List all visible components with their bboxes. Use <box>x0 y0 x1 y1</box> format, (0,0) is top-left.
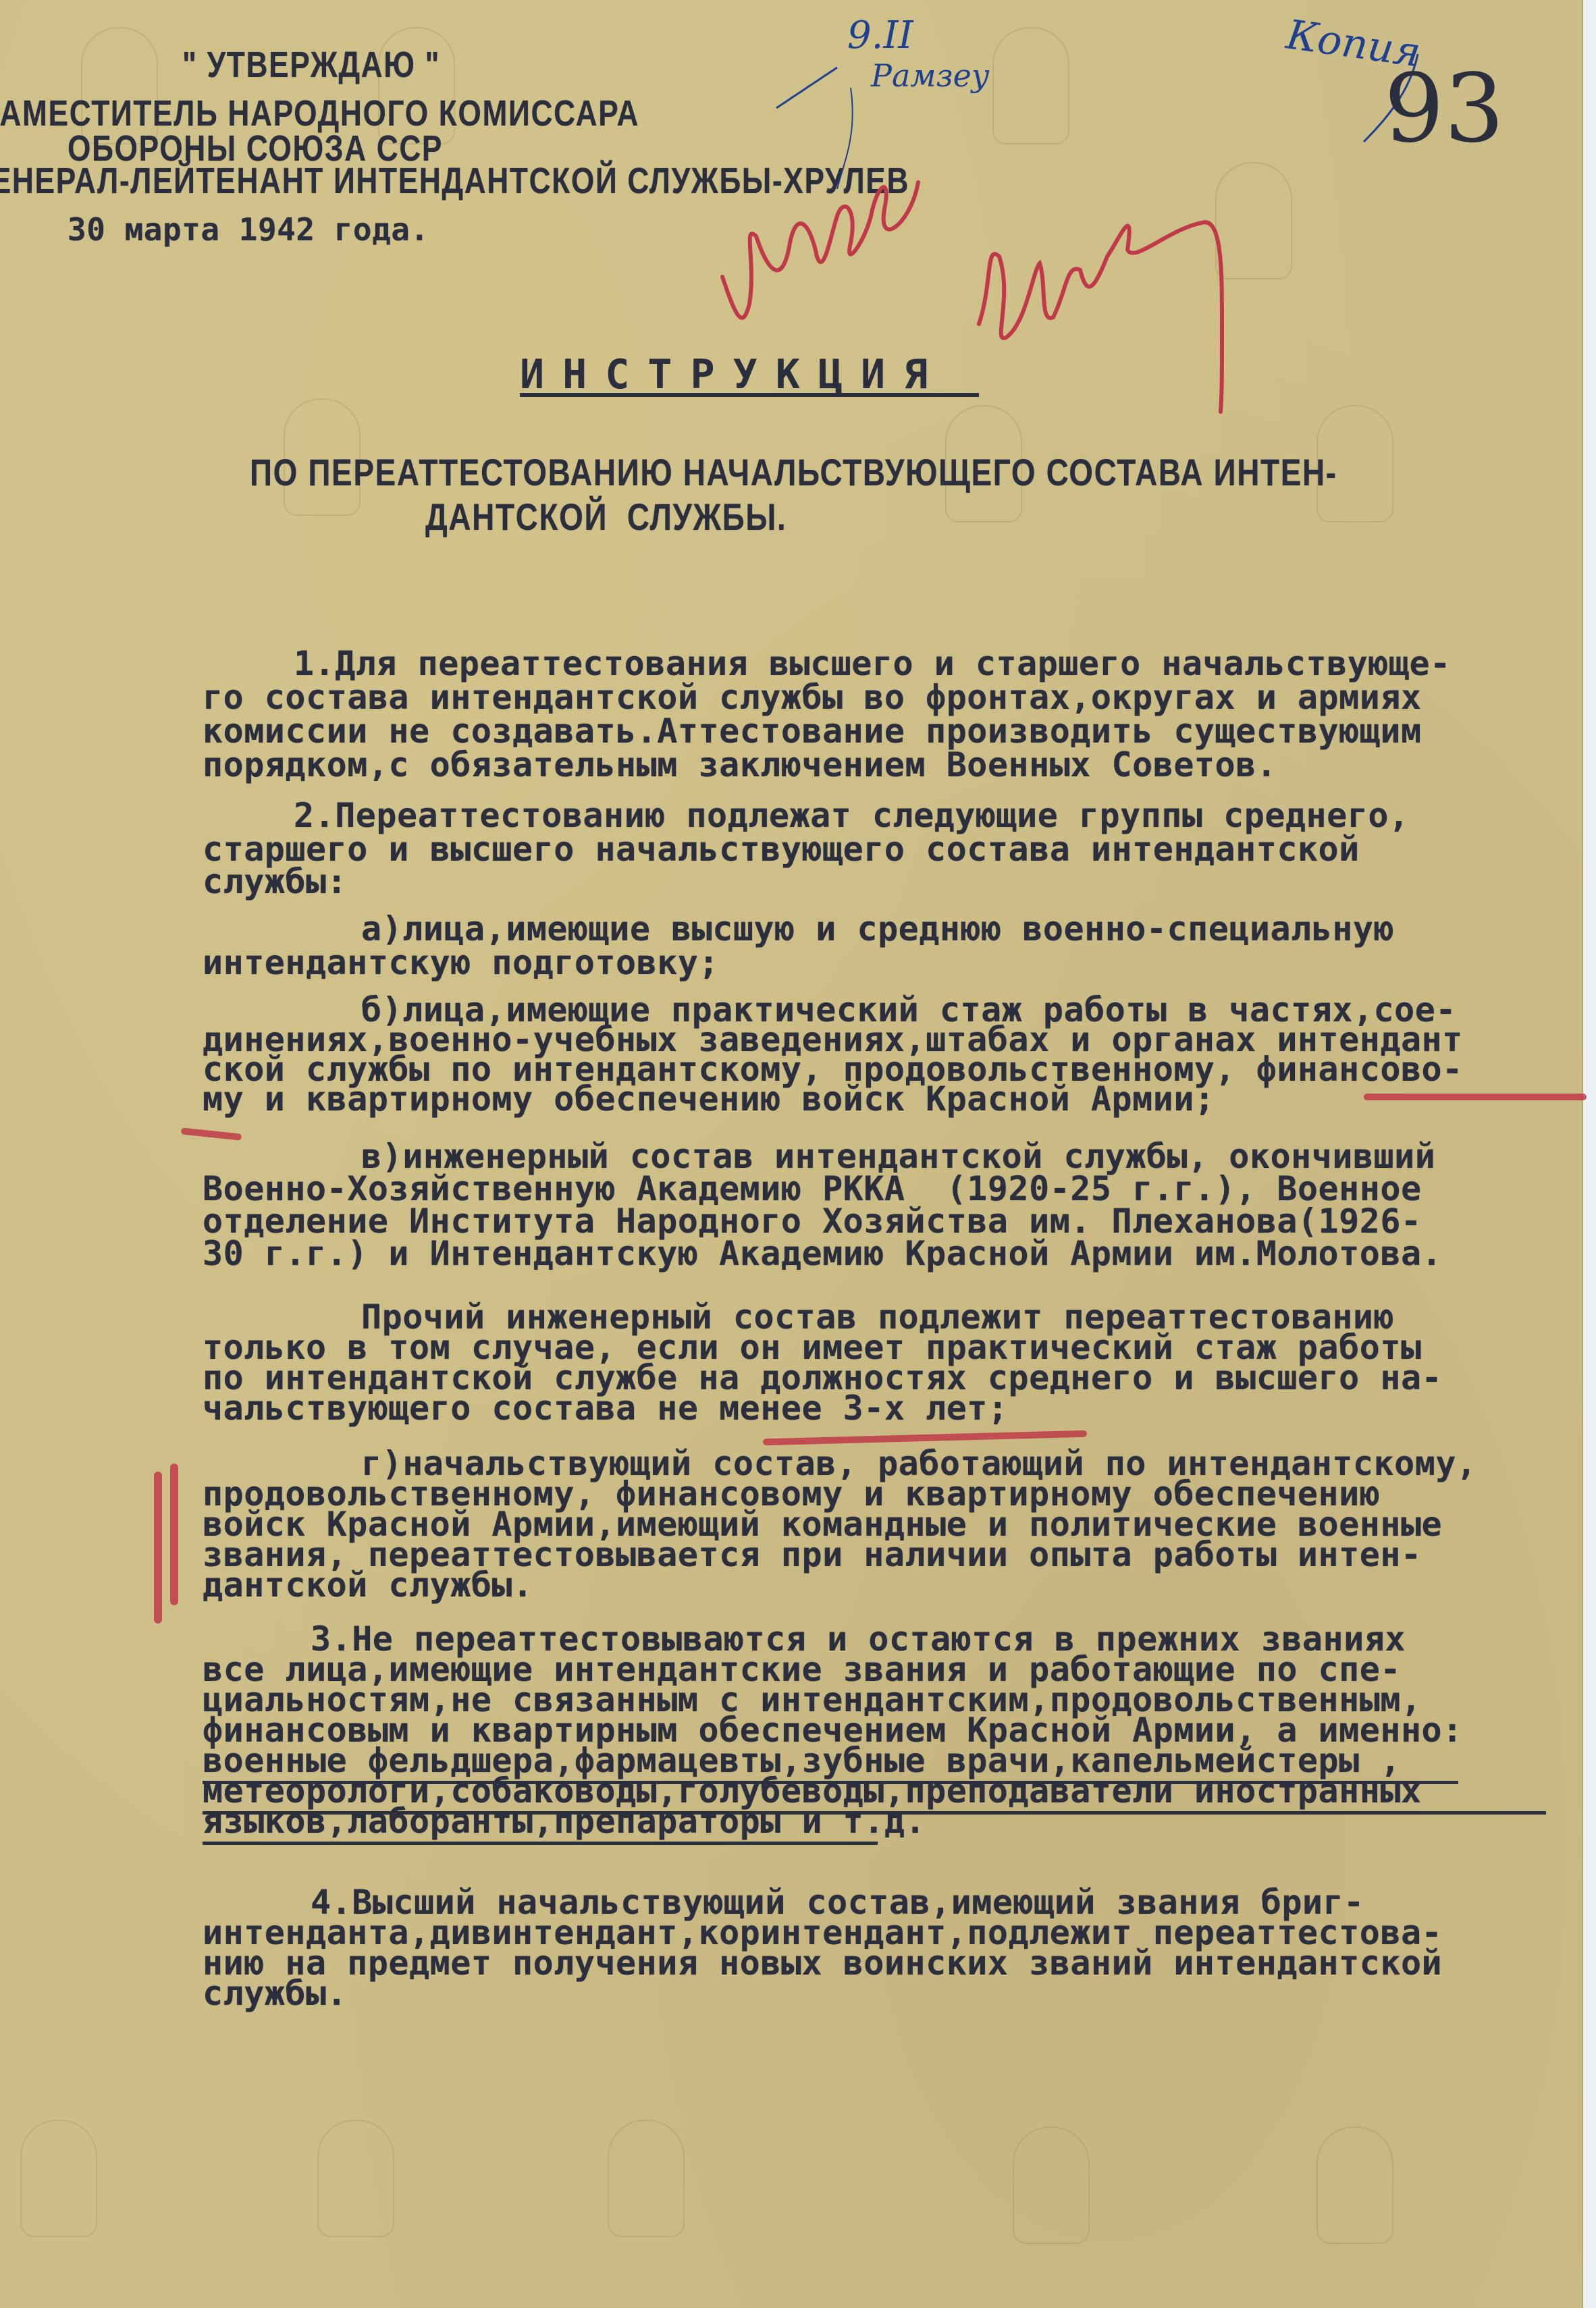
red-margin-mark <box>154 1472 162 1623</box>
watermark-emblem <box>1013 2126 1090 2244</box>
scan-edge <box>1582 0 1596 2308</box>
typed-underline <box>203 1811 1546 1815</box>
red-margin-mark <box>170 1464 178 1605</box>
title-underline <box>520 393 979 397</box>
paragraph-1-line: 1.Для переаттестования высшего и старшег… <box>294 645 1451 682</box>
paragraph-2-line: 2.Переаттестованию подлежат следующие гр… <box>294 797 1410 834</box>
paragraph-2-line: службы: <box>203 863 347 901</box>
folio-number: 93 <box>1384 54 1504 164</box>
watermark-emblem <box>1316 2126 1393 2244</box>
item-b-line: му и квартирному обеспечению войск Красн… <box>203 1080 1215 1118</box>
approval-date: 30 марта 1942 года. <box>68 211 429 248</box>
paragraph-2-line: старшего и высшего начальствующего соста… <box>203 830 1360 868</box>
paragraph-1-line: комиссии не создавать.Аттестование произ… <box>203 712 1422 750</box>
watermark-emblem <box>608 2120 685 2237</box>
approver-position: ЗАМЕСТИТЕЛЬ НАРОДНОГО КОМИССАРА <box>0 95 639 132</box>
item-v-line: 30 г.г.) и Интендантскую Академию Красно… <box>203 1235 1442 1272</box>
watermark-emblem <box>317 2120 394 2237</box>
document-subtitle: ДАНТСКОЙ СЛУЖБЫ. <box>425 498 787 536</box>
red-signature-1 <box>716 142 952 344</box>
paragraph-4-line: нию на предмет получения новых воинских … <box>203 1944 1442 1982</box>
document-subtitle: ПО ПЕРЕАТТЕСТОВАНИЮ НАЧАЛЬСТВУЮЩЕГО СОСТ… <box>250 454 1337 491</box>
typed-underline <box>203 1781 1458 1784</box>
paragraph-3-line: языков,лаборанты,препараторы и т.д. <box>203 1802 926 1840</box>
paragraph-4-line: службы. <box>203 1975 347 2012</box>
typed-underline <box>203 1842 878 1845</box>
paragraph-1-line: порядком,с обязательным заключением Воен… <box>203 746 1277 784</box>
document-title: ИНСТРУКЦИЯ <box>520 351 946 398</box>
item-g-line: дантской службы. <box>203 1566 533 1604</box>
red-signature-2 <box>965 189 1249 412</box>
paragraph-1-line: го состава интендантской службы во фронт… <box>203 678 1422 716</box>
approval-stamp: " УТВЕРЖДАЮ " <box>182 46 440 84</box>
item-a-line: а)лица,имеющие высшую и среднюю военно-с… <box>361 910 1394 948</box>
red-pencil-underline <box>1364 1094 1587 1100</box>
item-a-line: интендантскую подготовку; <box>203 944 719 982</box>
item-v-note-line: чальствующего состава не менее 3-х лет; <box>203 1389 1009 1427</box>
watermark-emblem <box>20 2120 97 2237</box>
